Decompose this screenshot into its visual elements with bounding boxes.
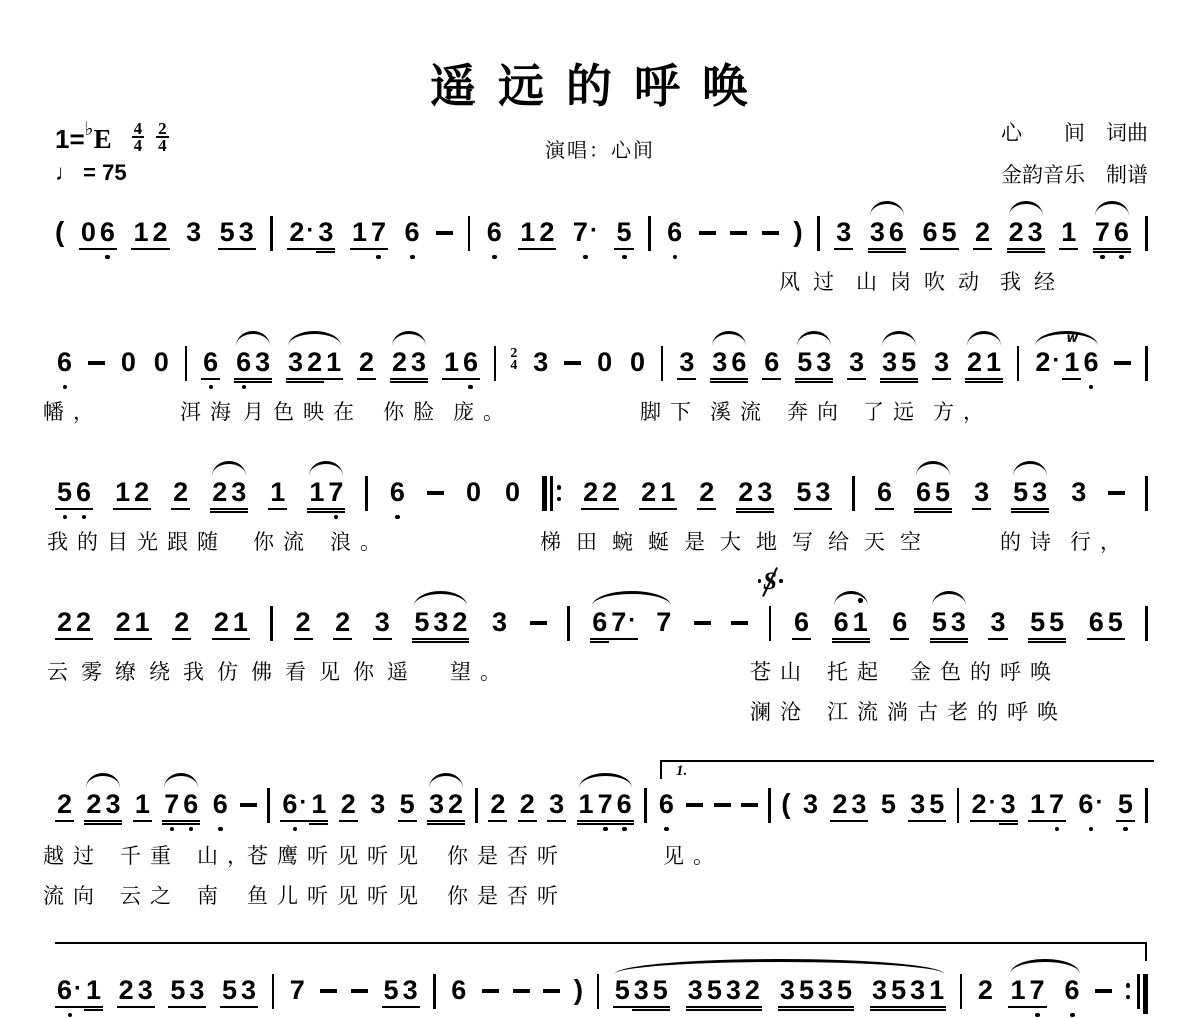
note-digit: 3 bbox=[951, 606, 966, 638]
augmentation-dot: · bbox=[628, 606, 636, 636]
note-digit: 7 bbox=[611, 606, 626, 638]
note-digit: 3 bbox=[818, 974, 833, 1006]
note-digit: 3 bbox=[726, 974, 741, 1006]
note-digit: 1 bbox=[135, 788, 150, 820]
octave-dot-below bbox=[410, 255, 415, 260]
note: 2 bbox=[114, 606, 133, 638]
lyric-segment: 你脸 bbox=[383, 396, 443, 426]
octave-dot-below bbox=[664, 827, 669, 832]
parenthesis: ( bbox=[781, 788, 790, 820]
note-digit: 6 bbox=[592, 606, 607, 638]
dash-line bbox=[513, 989, 530, 993]
mordent-icon: w bbox=[1066, 331, 1077, 346]
note-digit: 5 bbox=[891, 974, 906, 1006]
note: 3 bbox=[834, 216, 853, 250]
barline-stroke bbox=[272, 974, 275, 1009]
note: 5 bbox=[705, 974, 724, 1006]
note-digit: 6 bbox=[877, 476, 892, 508]
note-digit: 3 bbox=[138, 974, 153, 1006]
repeat-dot bbox=[557, 497, 562, 502]
barline-stroke bbox=[957, 788, 960, 823]
note-digit: 6 bbox=[794, 606, 809, 638]
dash-line bbox=[1114, 361, 1131, 365]
beam-group: 12 bbox=[518, 216, 556, 250]
note-digit: 5 bbox=[881, 788, 896, 820]
note-digit: 3 bbox=[1032, 476, 1047, 508]
notation-credit: 金韵音乐 制谱 bbox=[1001, 154, 1148, 196]
note: 1 bbox=[984, 346, 1003, 378]
note: 5 bbox=[220, 974, 239, 1006]
slur bbox=[212, 461, 246, 476]
note-digit: 5 bbox=[384, 974, 399, 1006]
barline-stroke bbox=[648, 216, 651, 251]
lyric-segment: 了远 bbox=[863, 396, 923, 426]
lyric-segment: 见。 bbox=[663, 840, 723, 870]
barline bbox=[365, 476, 368, 511]
system-3: 56122231176002221223536653533 bbox=[55, 476, 1148, 522]
note: 3 bbox=[677, 346, 696, 380]
note-digit: 5 bbox=[615, 974, 630, 1006]
note-digit: 2 bbox=[116, 606, 131, 638]
note-digit: 2 bbox=[57, 788, 72, 820]
note-digit: 1 bbox=[1064, 346, 1079, 378]
slur-group: 535353235353531 bbox=[613, 974, 946, 1008]
beam-group: 22 bbox=[581, 476, 619, 510]
beam-group: 36 bbox=[868, 216, 906, 250]
slur bbox=[797, 331, 831, 346]
note-digit: 0 bbox=[154, 346, 169, 378]
note-digit: 3 bbox=[836, 216, 851, 248]
barline bbox=[661, 346, 664, 381]
dash-line bbox=[88, 361, 105, 365]
note: 5 bbox=[412, 606, 431, 638]
thick-bar bbox=[1143, 974, 1148, 1014]
slur bbox=[579, 773, 632, 788]
note: 3 bbox=[187, 974, 206, 1006]
lyric-segment: 流向 bbox=[43, 880, 103, 910]
note-digit: 6 bbox=[390, 476, 405, 508]
note-digit: 0 bbox=[121, 346, 136, 378]
beam-group: 535 bbox=[613, 974, 670, 1008]
note-digit: 5 bbox=[222, 974, 237, 1006]
note-digit: 1 bbox=[309, 476, 324, 508]
barline bbox=[852, 476, 855, 511]
note-digit: 5 bbox=[837, 974, 852, 1006]
barline bbox=[768, 788, 771, 823]
note: 3 bbox=[239, 974, 258, 1006]
note-digit: 6 bbox=[916, 476, 931, 508]
note: 1 bbox=[133, 606, 152, 638]
note: 3 bbox=[136, 974, 155, 1006]
beam-group: 17 bbox=[307, 476, 345, 510]
barline bbox=[272, 974, 275, 1009]
page-title: 遥远的呼唤 bbox=[0, 50, 1200, 116]
note-digit: 3 bbox=[375, 606, 390, 638]
note: 3 bbox=[373, 606, 392, 640]
note: 5 bbox=[382, 974, 401, 1006]
note-digit: 2 bbox=[602, 476, 617, 508]
note-digit: 3 bbox=[370, 788, 385, 820]
note: 2 bbox=[84, 788, 103, 820]
note-digit: 3 bbox=[816, 346, 831, 378]
note-digit: 2 bbox=[392, 346, 407, 378]
note: 3 bbox=[253, 346, 272, 378]
note-digit: 1 bbox=[233, 606, 248, 638]
note: 2 bbox=[357, 346, 376, 380]
slur bbox=[932, 591, 966, 606]
note: 3 bbox=[755, 476, 774, 508]
beam-group: 65 bbox=[914, 476, 952, 510]
note-digit: 2 bbox=[214, 606, 229, 638]
note: 3 bbox=[710, 346, 729, 378]
octave-dot-below bbox=[334, 515, 339, 520]
lyric-segment: 澜沧 bbox=[750, 696, 810, 726]
slur bbox=[86, 773, 120, 788]
note: 3 bbox=[286, 346, 305, 378]
note: 2 bbox=[212, 606, 231, 638]
note-digit: 1 bbox=[311, 788, 326, 820]
note-digit: 3 bbox=[1071, 476, 1086, 508]
note: 3 bbox=[908, 788, 927, 820]
thick-bar bbox=[542, 476, 547, 511]
note: 6 bbox=[920, 216, 939, 248]
octave-dot-below bbox=[603, 827, 608, 832]
note: 5 bbox=[614, 216, 633, 250]
note-digit: 3 bbox=[433, 606, 448, 638]
note: 1 bbox=[268, 476, 287, 510]
note: 3 bbox=[870, 974, 889, 1006]
octave-dot-above bbox=[858, 598, 863, 603]
dash-line bbox=[436, 231, 453, 235]
note: 2· bbox=[287, 216, 316, 248]
note-digit: 3 bbox=[910, 788, 925, 820]
note: 2 bbox=[210, 476, 229, 508]
note: 6 bbox=[590, 606, 609, 638]
dash-line bbox=[699, 231, 716, 235]
note-digit: 6 bbox=[405, 216, 420, 248]
octave-dot-below bbox=[1119, 255, 1124, 260]
lyric-segment: 越过 bbox=[43, 840, 103, 870]
note-digit: 3 bbox=[974, 476, 989, 508]
note: 2 bbox=[446, 788, 465, 820]
note: 6 bbox=[914, 476, 933, 508]
note-digit: 3 bbox=[910, 974, 925, 1006]
note-digit: 2 bbox=[972, 788, 987, 820]
augmentation-dot: · bbox=[1052, 346, 1060, 376]
note: 2 bbox=[518, 788, 537, 822]
barline-stroke bbox=[597, 974, 600, 1009]
key-prefix: 1= bbox=[55, 124, 85, 155]
note-digit: 6 bbox=[1114, 216, 1129, 248]
note: 5 bbox=[927, 788, 946, 820]
note-digit: 3 bbox=[186, 216, 201, 248]
credits-block: 心 间 词曲 金韵音乐 制谱 bbox=[1001, 112, 1148, 196]
note-digit: 2 bbox=[583, 476, 598, 508]
barline bbox=[185, 346, 188, 381]
beam-group: 53 bbox=[795, 346, 833, 380]
note-digit: 1 bbox=[929, 974, 944, 1006]
repeat-dot bbox=[557, 485, 562, 490]
beam-group: 32 bbox=[427, 788, 465, 822]
note-digit: 1 bbox=[326, 346, 341, 378]
note: 5 bbox=[794, 476, 813, 508]
octave-dot-below bbox=[82, 515, 87, 520]
note: 2 bbox=[581, 476, 600, 508]
note-digit: 6 bbox=[57, 346, 72, 378]
lyric-segment: 山岗吹动 bbox=[856, 266, 992, 296]
note-digit: 6 bbox=[203, 346, 218, 378]
note-digit: 7 bbox=[1049, 788, 1064, 820]
note-digit: 6 bbox=[236, 346, 251, 378]
note: 5 bbox=[218, 216, 237, 248]
note-digit: 2 bbox=[119, 974, 134, 1006]
note: 3 bbox=[999, 788, 1018, 820]
note: 1 bbox=[309, 788, 328, 820]
note-digit: 2 bbox=[335, 606, 350, 638]
slur bbox=[1095, 201, 1129, 216]
note: 2 bbox=[55, 606, 74, 638]
barline bbox=[270, 606, 273, 641]
note-digit: 2 bbox=[520, 788, 535, 820]
note: 5 bbox=[889, 974, 908, 1006]
note: 3 bbox=[1030, 476, 1049, 508]
note-digit: 5 bbox=[1013, 476, 1028, 508]
beam-group: 23 bbox=[84, 788, 122, 822]
note: 3 bbox=[972, 476, 991, 510]
note-digit: 3 bbox=[411, 346, 426, 378]
note-digit: 7 bbox=[656, 606, 671, 638]
note-digit: 3 bbox=[851, 788, 866, 820]
barline-stroke bbox=[1145, 606, 1148, 641]
note: 1 bbox=[518, 216, 537, 248]
note: 7 bbox=[654, 606, 673, 638]
octave-dot-below bbox=[376, 255, 381, 260]
note-digit: 2 bbox=[641, 476, 656, 508]
note-digit: 3 bbox=[492, 606, 507, 638]
note: 2 bbox=[305, 346, 324, 378]
note-digit: 5 bbox=[707, 974, 722, 1006]
note: 3 bbox=[816, 974, 835, 1006]
note: 1 bbox=[113, 476, 132, 508]
note-digit: 5 bbox=[400, 788, 415, 820]
dash-line bbox=[482, 989, 499, 993]
note-digit: 6 bbox=[922, 216, 937, 248]
barline bbox=[433, 974, 436, 1009]
note: 1 bbox=[131, 216, 150, 248]
note-digit: 7 bbox=[290, 974, 305, 1006]
note: 2 bbox=[450, 606, 469, 638]
beam-group: 53 bbox=[1011, 476, 1049, 510]
note: 2 bbox=[736, 476, 755, 508]
note-digit: 5 bbox=[653, 974, 668, 1006]
slur bbox=[1010, 959, 1079, 974]
slur bbox=[392, 331, 426, 346]
note: 5 bbox=[835, 974, 854, 1006]
note: 2 bbox=[639, 476, 658, 508]
barline-stroke bbox=[644, 788, 647, 823]
beam-group: 532 bbox=[412, 606, 469, 640]
note-digit: 6 bbox=[889, 216, 904, 248]
slur bbox=[414, 591, 467, 606]
beam-group: 6·1 bbox=[55, 974, 103, 1008]
dash-line bbox=[543, 989, 560, 993]
repeat-start-barline bbox=[542, 476, 561, 511]
beam-group: 321 bbox=[286, 346, 343, 380]
note-digit: 6 bbox=[1089, 606, 1104, 638]
augmentation-dot: · bbox=[1095, 788, 1103, 818]
note: 6 bbox=[234, 346, 253, 378]
note: 6· bbox=[55, 974, 84, 1006]
note-digit: 5 bbox=[170, 974, 185, 1006]
octave-dot-below bbox=[105, 255, 110, 260]
barline bbox=[957, 788, 960, 823]
note-digit: 5 bbox=[935, 476, 950, 508]
lyric-segment: 风过 bbox=[779, 266, 847, 296]
barline bbox=[648, 216, 651, 251]
note-digit: 2 bbox=[174, 606, 189, 638]
beam-group: 53 bbox=[220, 974, 258, 1008]
note: 2 bbox=[151, 216, 170, 248]
note: 3 bbox=[801, 788, 820, 820]
octave-dot-below bbox=[1100, 255, 1105, 260]
note-digit: 1 bbox=[853, 606, 868, 638]
beam-group: 176 bbox=[577, 788, 634, 822]
note: 2 bbox=[55, 788, 74, 822]
note: 6 bbox=[729, 346, 748, 378]
note-digit: 3 bbox=[780, 974, 795, 1006]
beam-group: 53 bbox=[218, 216, 256, 250]
dash-line bbox=[240, 803, 257, 807]
note-digit: 2 bbox=[1035, 346, 1050, 378]
quarter-note-icon: ♩ bbox=[55, 160, 77, 185]
slur bbox=[309, 461, 343, 476]
note: 6 bbox=[211, 788, 230, 820]
note-digit: 6 bbox=[659, 788, 674, 820]
note: 5 bbox=[795, 346, 814, 378]
note: 6 bbox=[762, 346, 781, 380]
note-digit: 5 bbox=[57, 476, 72, 508]
lyric-segment: 千重 bbox=[120, 840, 180, 870]
note: 1 bbox=[133, 788, 152, 822]
note: 6 bbox=[55, 346, 74, 378]
note: 6 bbox=[1087, 606, 1106, 638]
beam-group: 23 bbox=[830, 788, 868, 822]
note-digit: 2 bbox=[967, 346, 982, 378]
note: 3 bbox=[490, 606, 509, 638]
barline-stroke bbox=[494, 346, 497, 381]
parenthesis: ) bbox=[574, 974, 583, 1006]
note-digit: 2 bbox=[307, 346, 322, 378]
note-digit: 6 bbox=[76, 476, 91, 508]
note: 1 bbox=[1059, 216, 1078, 250]
note: 6 bbox=[875, 476, 894, 510]
beam-group: 53 bbox=[168, 974, 206, 1008]
note: 6 bbox=[403, 216, 422, 248]
beam-group: 21 bbox=[639, 476, 677, 510]
lyric-segment: 方， bbox=[933, 396, 993, 426]
dash-line bbox=[694, 621, 711, 625]
barline bbox=[1017, 346, 1020, 381]
note-digit: 3 bbox=[990, 606, 1005, 638]
note-digit: 2 bbox=[490, 788, 505, 820]
inline-time-signature: 24 bbox=[510, 348, 517, 372]
tempo-marking: ♩ = 75 bbox=[55, 160, 127, 186]
note-digit: 1 bbox=[986, 346, 1001, 378]
lyric-segment: 溪流 bbox=[710, 396, 770, 426]
note: 2 bbox=[976, 974, 995, 1006]
key-letter: E bbox=[94, 124, 112, 155]
octave-dot-below bbox=[583, 255, 588, 260]
augmentation-dot: · bbox=[306, 216, 314, 246]
note: 2 bbox=[339, 788, 358, 822]
parenthesis: ) bbox=[793, 216, 802, 248]
beam-group: 23 bbox=[117, 974, 155, 1008]
note-digit: 6 bbox=[451, 974, 466, 1006]
note: 0 bbox=[119, 346, 138, 378]
beam-group: 17 bbox=[1028, 788, 1066, 822]
note: 3 bbox=[988, 606, 1007, 640]
note-digit: 2 bbox=[978, 974, 993, 1006]
note: 2 bbox=[743, 974, 762, 1006]
note: 6 bbox=[449, 974, 468, 1006]
note: 3 bbox=[686, 974, 705, 1006]
tempo-value: = 75 bbox=[83, 160, 126, 185]
barline bbox=[1145, 788, 1148, 823]
note-digit: 5 bbox=[941, 216, 956, 248]
note-digit: 2 bbox=[341, 788, 356, 820]
lyric-segment: 托起 bbox=[827, 656, 887, 686]
note: 2 bbox=[697, 476, 716, 510]
note-digit: 6 bbox=[487, 216, 502, 248]
beam-group: 53 bbox=[930, 606, 968, 640]
barline bbox=[1145, 216, 1148, 251]
note: 3 bbox=[847, 346, 866, 380]
note-digit: 2 bbox=[153, 216, 168, 248]
beam-group: 12 bbox=[131, 216, 169, 250]
dash-line bbox=[730, 231, 747, 235]
note: 1w bbox=[1062, 346, 1081, 380]
octave-dot-below bbox=[468, 385, 473, 390]
note-digit: 5 bbox=[797, 346, 812, 378]
slur bbox=[236, 331, 270, 346]
note: 3 bbox=[814, 346, 833, 378]
note-digit: 2 bbox=[212, 476, 227, 508]
note: 0 bbox=[464, 476, 483, 508]
slur-group: 67·7 bbox=[590, 606, 673, 640]
note: 3 bbox=[401, 974, 420, 1006]
note-digit: 3 bbox=[872, 974, 887, 1006]
note: 2 bbox=[830, 788, 849, 820]
note-digit: 5 bbox=[616, 216, 631, 248]
note: 1 bbox=[442, 346, 461, 378]
note: 5 bbox=[899, 346, 918, 378]
note-digit: 7 bbox=[1095, 216, 1110, 248]
note: 3 bbox=[932, 346, 951, 380]
note-digit: 5 bbox=[1049, 606, 1064, 638]
note: 3 bbox=[949, 606, 968, 638]
note-digit: 5 bbox=[932, 606, 947, 638]
note: 2 bbox=[600, 476, 619, 508]
note: 1 bbox=[1028, 788, 1047, 820]
lyric-segment: 浪。 bbox=[330, 526, 390, 556]
beam-group: 21 bbox=[965, 346, 1003, 380]
dash-line bbox=[741, 803, 758, 807]
note-digit: 5 bbox=[799, 974, 814, 1006]
note: 0 bbox=[503, 476, 522, 508]
beam-group: 65 bbox=[920, 216, 958, 250]
note: 7 bbox=[1047, 788, 1066, 820]
repeat-dots bbox=[557, 485, 562, 501]
